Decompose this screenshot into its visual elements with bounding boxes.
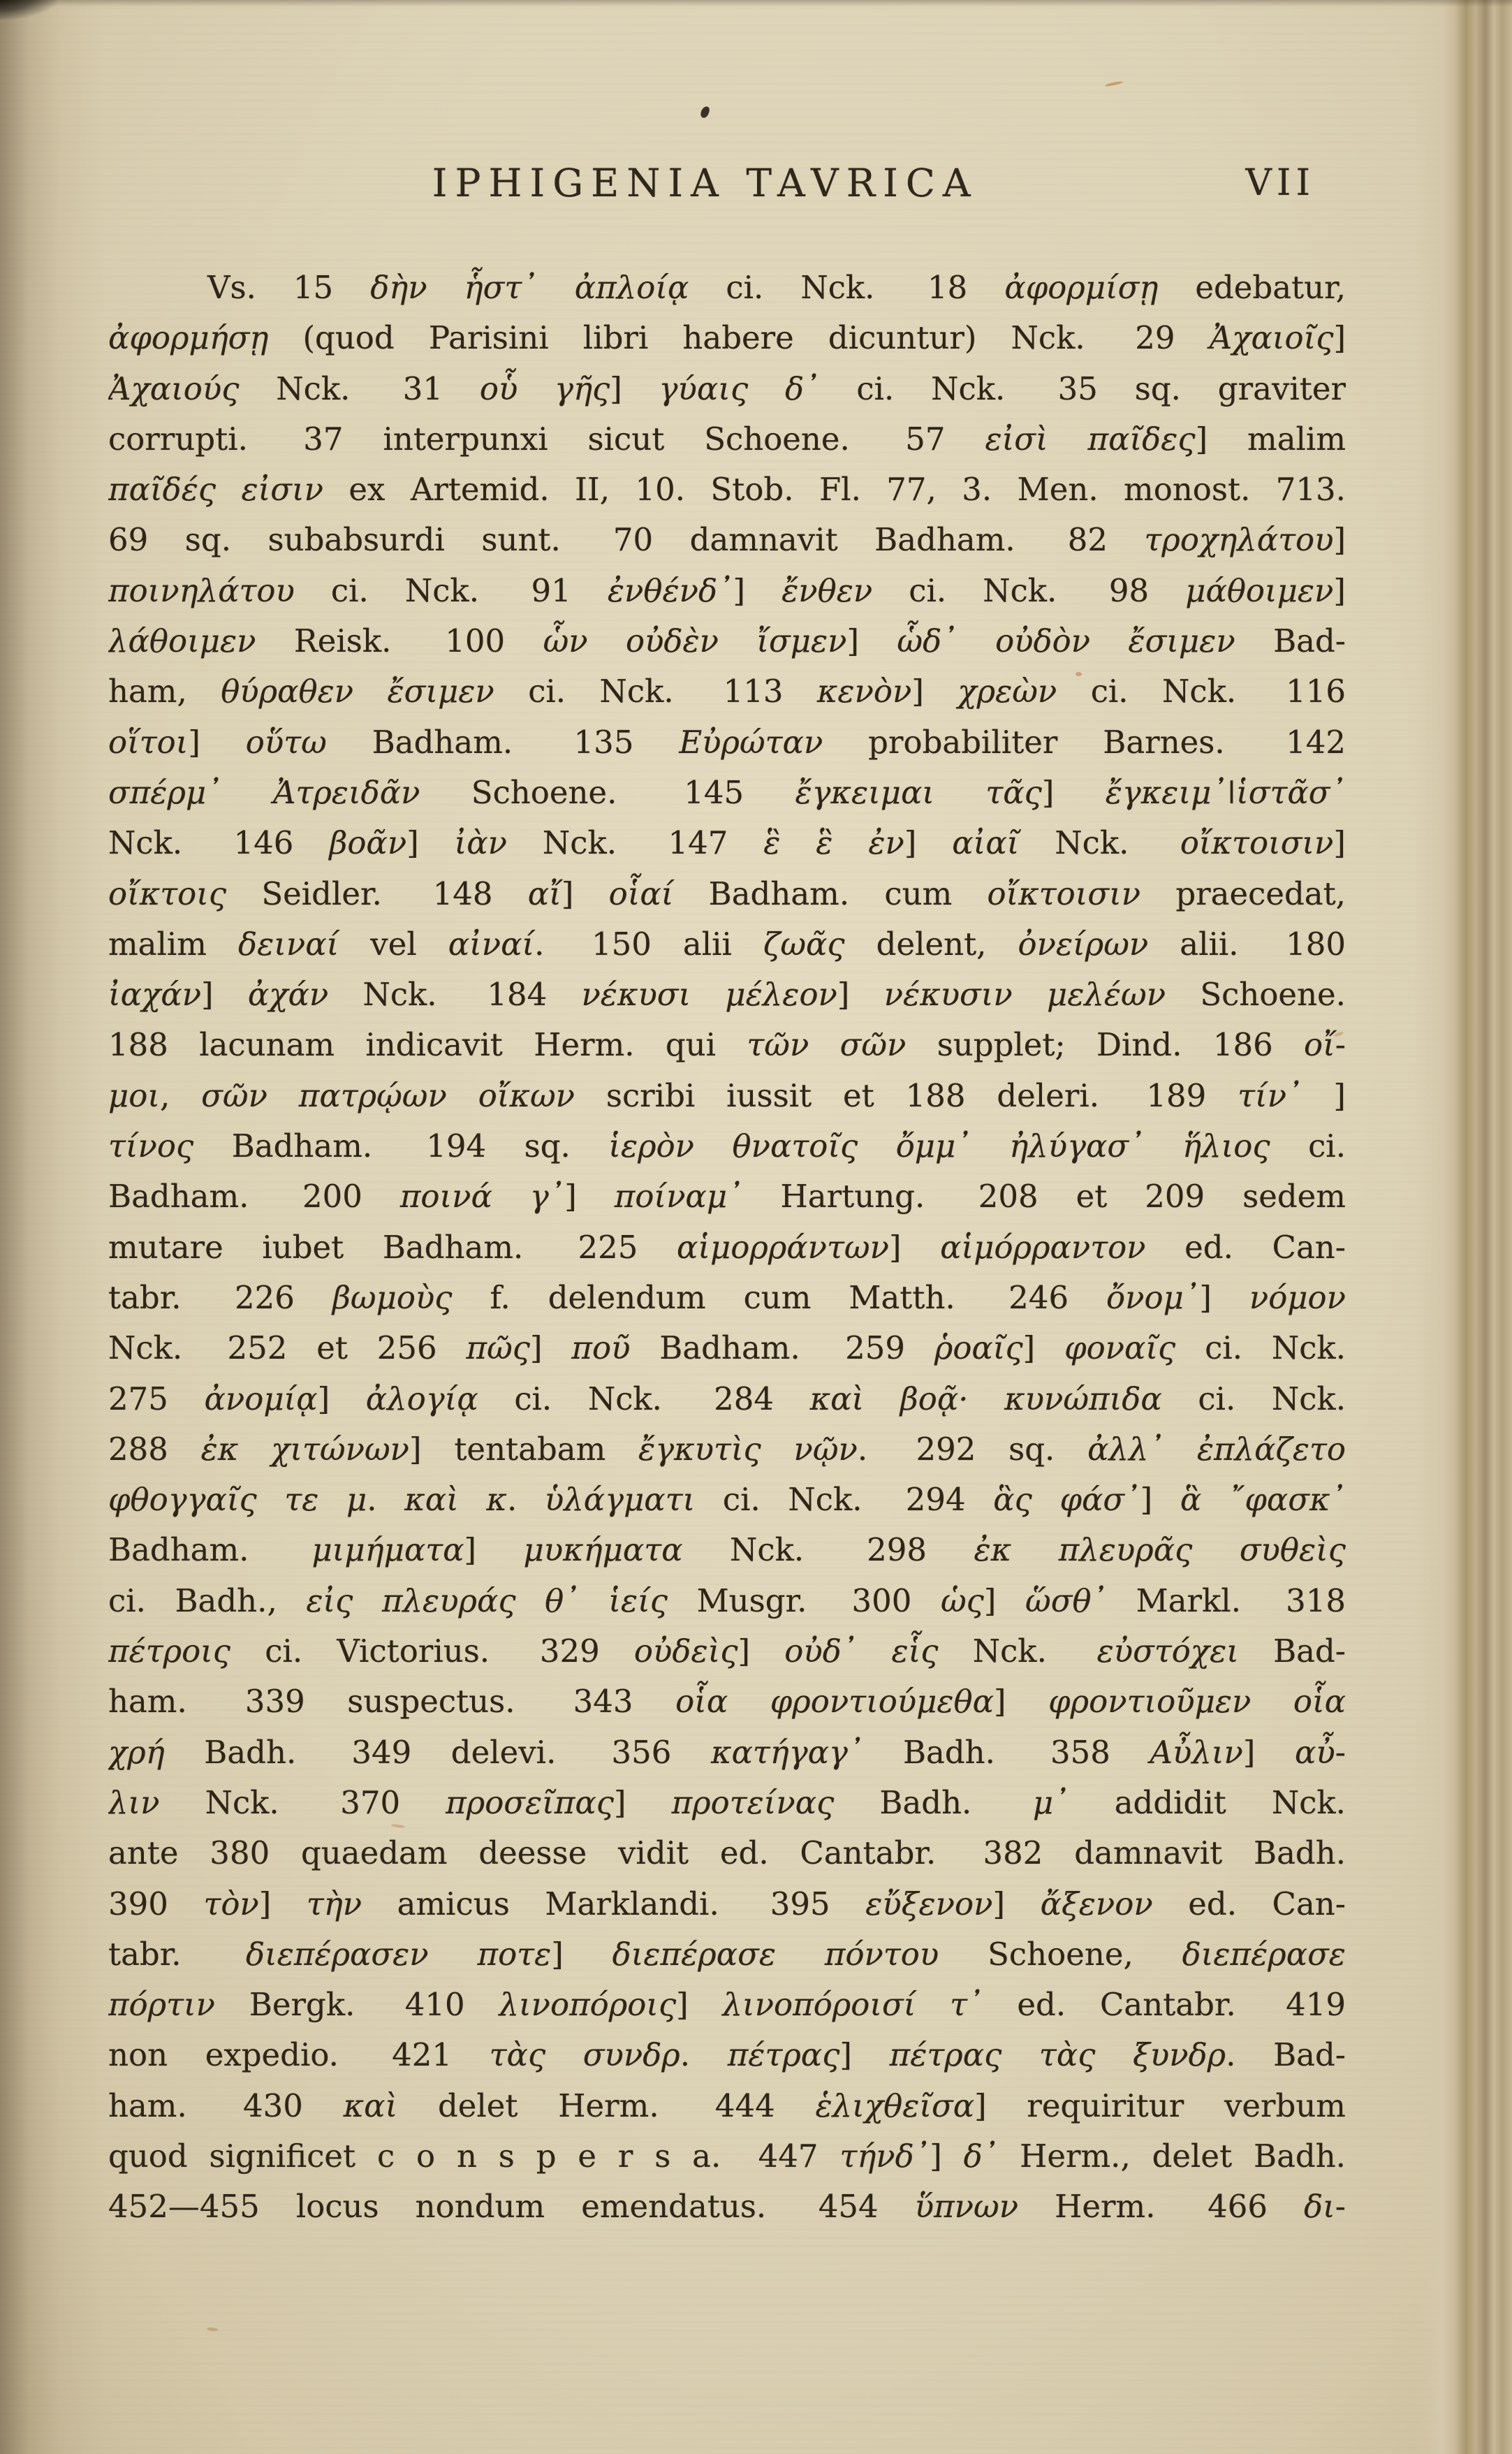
apparatus-line: σπέρμ᾽ Ἀτρειδᾶν Schoene. 145 ἔγκειμαι τᾶ…	[108, 768, 1346, 818]
paper-fleck	[1105, 80, 1123, 87]
apparatus-line: ante 380 quaedam deesse vidit ed. Cantab…	[108, 1828, 1346, 1878]
apparatus-line: Ἀχαιούς Nck. 31 οὗ γῆς] γύαις δ᾽ ci. Nck…	[108, 364, 1346, 414]
apparatus-line: οἵτοι] οὕτω Badham. 135 Εὐρώταν probabil…	[108, 717, 1346, 768]
apparatus-line: ἀφορμήσῃ (quod Parisini libri habere dic…	[108, 313, 1346, 363]
apparatus-line: χρή Badh. 349 delevi. 356 κατήγαγ᾽ Badh.…	[108, 1728, 1346, 1778]
paper-fleck	[207, 2327, 218, 2332]
apparatus-line: τίνος Badham. 194 sq. ἱερὸν θνατοῖς ὄμμ᾽…	[108, 1121, 1346, 1171]
apparatus-line: λιν Nck. 370 προσεῖπας] προτείνας Badh. …	[108, 1778, 1346, 1828]
scan-top-edge-shadow	[0, 0, 1512, 7]
apparatus-line: 452—455 locus nondum emendatus. 454 ὕπνω…	[108, 2182, 1346, 2232]
critical-apparatus-text-block: Vs. 15 δὴν ἧστ᾽ ἀπλοίᾳ ci. Nck. 18 ἀφορμ…	[108, 263, 1346, 2233]
apparatus-line: ham, θύραθεν ἔσιμεν ci. Nck. 113 κενὸν] …	[108, 666, 1346, 717]
apparatus-line: Nck. 146 βοᾶν] ἰὰν Nck. 147 ἓ ἓ ἐν] αἰαῖ…	[108, 818, 1346, 868]
apparatus-line: tabr. 226 βωμοὺς f. delendum cum Matth. …	[108, 1273, 1346, 1323]
apparatus-line: 390 τὸν] τὴν amicus Marklandi. 395 εὔξεν…	[108, 1879, 1346, 1929]
apparatus-line: ἰαχάν] ἀχάν Nck. 184 νέκυσι μέλεον] νέκυ…	[108, 970, 1346, 1020]
apparatus-line: corrupti. 37 interpunxi sicut Schoene. 5…	[108, 414, 1346, 465]
apparatus-line: Nck. 252 et 256 πῶς] ποῦ Badham. 259 ῥοα…	[108, 1323, 1346, 1373]
apparatus-line: 288 ἐκ χιτώνων] tentabam ἔγκυτὶς νῷν. 29…	[108, 1424, 1346, 1475]
ink-speck	[700, 105, 711, 119]
apparatus-line: οἴκτοις Seidler. 148 αἴ] οἷαί Badham. cu…	[108, 869, 1346, 919]
book-page-scan: IPHIGENIA TAVRICA VII Vs. 15 δὴν ἧστ᾽ ἀπ…	[0, 0, 1512, 2454]
apparatus-line: φθογγαῖς τε μ. καὶ κ. ὑλάγματι ci. Nck. …	[108, 1475, 1346, 1525]
apparatus-line: quod significet c o n s p e r s a. 447 τ…	[108, 2131, 1346, 2182]
apparatus-line: Vs. 15 δὴν ἧστ᾽ ἀπλοίᾳ ci. Nck. 18 ἀφορμ…	[108, 263, 1346, 313]
apparatus-line: 188 lacunam indicavit Herm. qui τῶν σῶν …	[108, 1020, 1346, 1070]
apparatus-line: πέτροις ci. Victorius. 329 οὐδεὶς] οὐδ᾽ …	[108, 1626, 1346, 1677]
page-number: VII	[1245, 162, 1315, 204]
apparatus-line: Badham. 200 ποινά γ᾽] ποίναμ᾽ Hartung. 2…	[108, 1171, 1346, 1222]
apparatus-line: ham. 339 suspectus. 343 οἷα φροντιούμεθα…	[108, 1677, 1346, 1727]
apparatus-line: παῖδές εἰσιν ex Artemid. II, 10. Stob. F…	[108, 465, 1346, 515]
apparatus-line: non expedio. 421 τὰς συνδρ. πέτρας] πέτρ…	[108, 2030, 1346, 2080]
apparatus-line: mutare iubet Badham. 225 αἱμορράντων] αἱ…	[108, 1222, 1346, 1273]
apparatus-line: ham. 430 καὶ delet Herm. 444 ἑλιχθεῖσα] …	[108, 2081, 1346, 2131]
running-title: IPHIGENIA TAVRICA	[432, 161, 978, 205]
apparatus-line: ci. Badh., εἰς πλευράς θ᾽ ἱείς Musgr. 30…	[108, 1576, 1346, 1626]
apparatus-line: Badham. μιμήματα] μυκήματα Nck. 298 ἐκ π…	[108, 1525, 1346, 1575]
apparatus-line: tabr. διεπέρασεν ποτε] διεπέρασε πόντου …	[108, 1929, 1346, 1980]
page-header: IPHIGENIA TAVRICA VII	[108, 161, 1346, 214]
apparatus-line: malim δειναί vel αἰναί. 150 alii ζωᾶς de…	[108, 919, 1346, 970]
apparatus-line: λάθοιμεν Reisk. 100 ὧν οὐδὲν ἴσμεν] ὧδ᾽ …	[108, 616, 1346, 666]
scan-corner-artifact	[0, 0, 57, 20]
apparatus-line: 69 sq. subabsurdi sunt. 70 damnavit Badh…	[108, 515, 1346, 565]
apparatus-line: πόρτιν Bergk. 410 λινοπόροις] λινοπόροισ…	[108, 1980, 1346, 2030]
apparatus-line: 275 ἀνομίᾳ] ἀλογίᾳ ci. Nck. 284 καὶ βοᾷ·…	[108, 1374, 1346, 1424]
apparatus-line: μοι, σῶν πατρῴων οἴκων scribi iussit et …	[108, 1071, 1346, 1121]
apparatus-line: ποινηλάτου ci. Nck. 91 ἐνθένδ᾽] ἔνθεν ci…	[108, 566, 1346, 616]
